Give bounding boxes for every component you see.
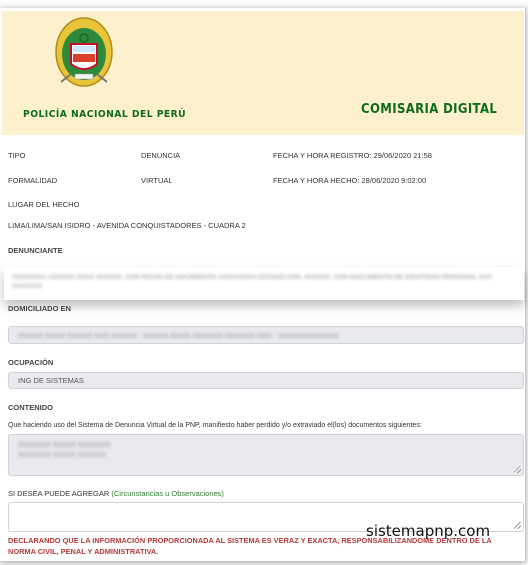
fecha-registro: FECHA Y HORA REGISTRO: 29/06/2020 21:58	[273, 151, 432, 160]
tipo-label: TIPO	[8, 151, 26, 160]
ocupacion-label: OCUPACIÓN	[8, 358, 53, 367]
contenido-line-1: XXXXXXX XXXXX XXXXXXX	[18, 441, 514, 451]
observaciones-hint: (Circunstancias u Observaciones)	[111, 489, 224, 498]
observaciones-label-main: SI DESEA PUEDE AGREGAR	[8, 489, 109, 498]
denunciante-field: XXXXXXXX XXXXXX XXXX XXXXXX, CON FECHA D…	[4, 267, 524, 300]
formalidad-value: VIRTUAL	[141, 176, 173, 185]
tipo-value: DENUNCIA	[141, 151, 180, 160]
system-title: COMISARIA DIGITAL	[361, 102, 497, 117]
resize-handle-icon[interactable]	[514, 466, 521, 473]
lugar-value: LIMA/LIMA/SAN ISIDRO - AVENIDA CONQUISTA…	[8, 221, 246, 230]
domiciliado-value: XXXXX XXXX XXXXX XXX XXXXX - XXXXX XXXX …	[18, 331, 338, 340]
contenido-intro: Que haciendo uso del Sistema de Denuncia…	[8, 422, 422, 429]
domiciliado-label: DOMICILIADO EN	[8, 304, 71, 313]
denuncia-document: POLICÍA NACIONAL DEL PERÚ COMISARIA DIGI…	[0, 8, 526, 561]
institution-name: POLICÍA NACIONAL DEL PERÚ	[23, 109, 186, 120]
denunciante-label: DENUNCIANTE	[8, 246, 63, 255]
ocupacion-field[interactable]: ING DE SISTEMAS	[8, 372, 524, 389]
denunciante-value: XXXXXXXX XXXXXX XXXX XXXXXX, CON FECHA D…	[12, 274, 492, 290]
contenido-label: CONTENIDO	[8, 403, 53, 412]
header-banner: POLICÍA NACIONAL DEL PERÚ COMISARIA DIGI…	[2, 11, 524, 135]
fecha-hecho: FECHA Y HORA HECHO: 28/06/2020 9:02:00	[273, 176, 426, 185]
observaciones-label: SI DESEA PUEDE AGREGAR (Circunstancias u…	[8, 489, 224, 498]
lugar-label: LUGAR DEL HECHO	[8, 200, 79, 209]
resize-handle-icon[interactable]	[514, 522, 521, 529]
watermark: sistemapnp.com	[366, 522, 490, 540]
contenido-line-2: XXXXXXX XXXXX XXXXXX	[18, 451, 514, 461]
formalidad-label: FORMALIDAD	[8, 176, 57, 185]
domiciliado-field[interactable]: XXXXX XXXX XXXXX XXX XXXXX - XXXXX XXXX …	[8, 326, 524, 344]
pnp-emblem-icon	[53, 16, 115, 94]
ocupacion-value: ING DE SISTEMAS	[18, 376, 84, 385]
contenido-textarea[interactable]: XXXXXXX XXXXX XXXXXXX XXXXXXX XXXXX XXXX…	[8, 434, 524, 476]
